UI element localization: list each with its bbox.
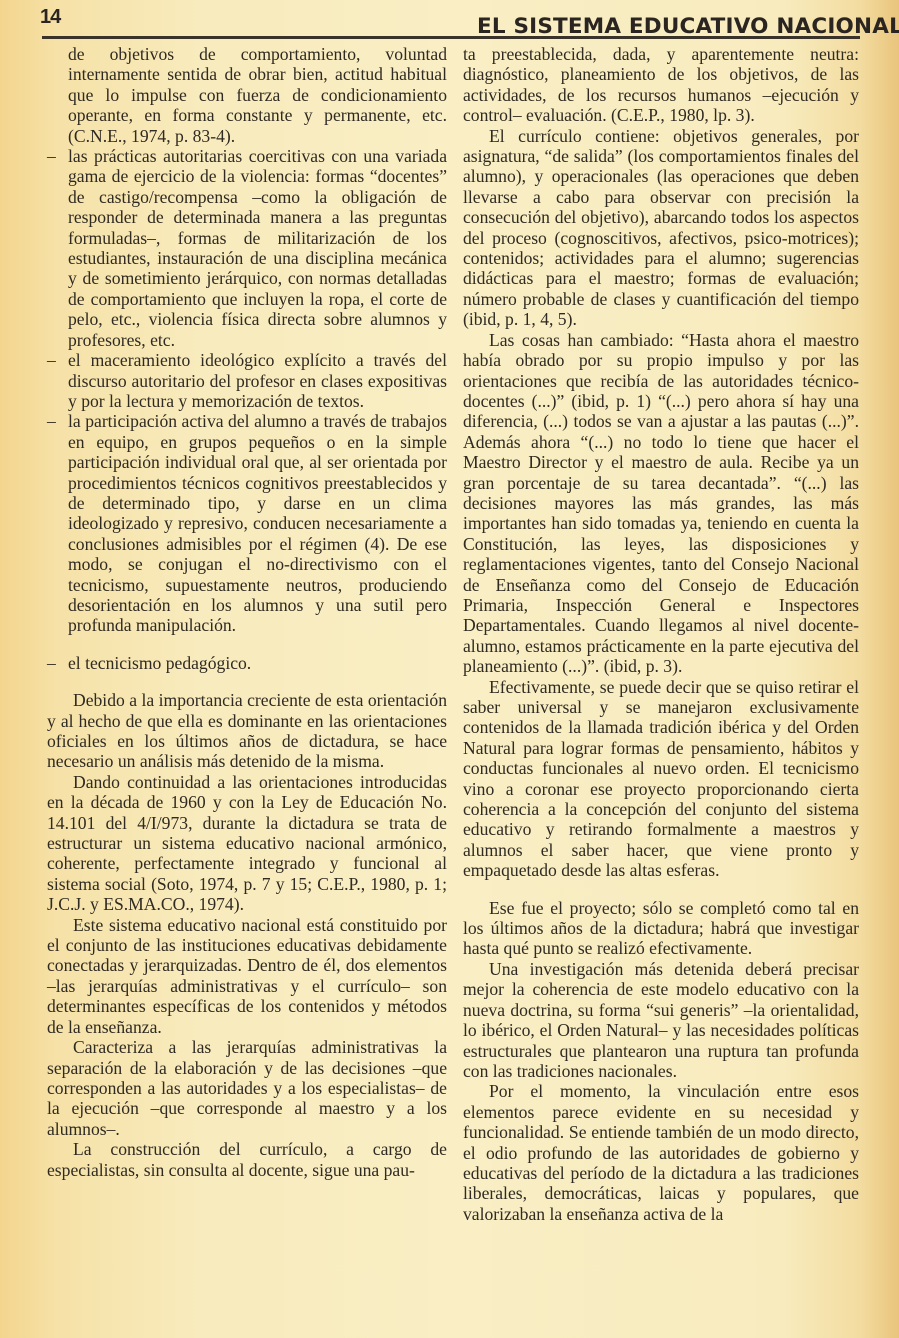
body-paragraph: Por el momento, la vinculación entre eso… (463, 1081, 859, 1224)
continuation-paragraph: ta preestablecida, dada, y aparentemente… (463, 44, 859, 126)
list-item: – el tecnicismo pedagógico. (47, 653, 447, 673)
left-column: de objetivos de comportamiento, voluntad… (47, 44, 447, 1180)
continuation-paragraph: de objetivos de comportamiento, voluntad… (47, 44, 447, 146)
header-rule (42, 36, 860, 39)
list-item-text: el maceramiento ideológico explícito a t… (68, 350, 447, 411)
list-item-text: la participación activa del alumno a tra… (68, 411, 447, 635)
page-number: 14 (40, 6, 60, 29)
list-item: – el maceramiento ideológico explícito a… (47, 350, 447, 411)
body-paragraph: Una investigación más detenida deberá pr… (463, 959, 859, 1081)
dash-bullet: – (47, 411, 56, 431)
dash-bullet: – (47, 653, 56, 673)
body-paragraph: La construcción del currículo, a cargo d… (47, 1139, 447, 1180)
list-item-text: las prácticas autoritarias coercitivas c… (68, 146, 447, 350)
list-item: – las prácticas autoritarias coercitivas… (47, 146, 447, 350)
body-paragraph: Este sistema educativo nacional está con… (47, 915, 447, 1037)
body-paragraph: Ese fue el proyecto; sólo se completó co… (463, 898, 859, 959)
list-item-text: el tecnicismo pedagógico. (68, 653, 251, 673)
right-column: ta preestablecida, dada, y aparentemente… (463, 44, 859, 1224)
dash-bullet: – (47, 350, 56, 370)
list-item: – la participación activa del alumno a t… (47, 411, 447, 635)
body-paragraph: Efectivamente, se puede decir que se qui… (463, 677, 859, 881)
body-paragraph: Las cosas han cambiado: “Hasta ahora el … (463, 330, 859, 677)
dash-bullet: – (47, 146, 56, 166)
body-paragraph: Debido a la importancia creciente de est… (47, 690, 447, 772)
body-paragraph: Caracteriza a las jerarquías administrat… (47, 1037, 447, 1139)
body-paragraph: El currículo contiene: objetivos general… (463, 126, 859, 330)
body-paragraph: Dando continuidad a las orientaciones in… (47, 772, 447, 915)
